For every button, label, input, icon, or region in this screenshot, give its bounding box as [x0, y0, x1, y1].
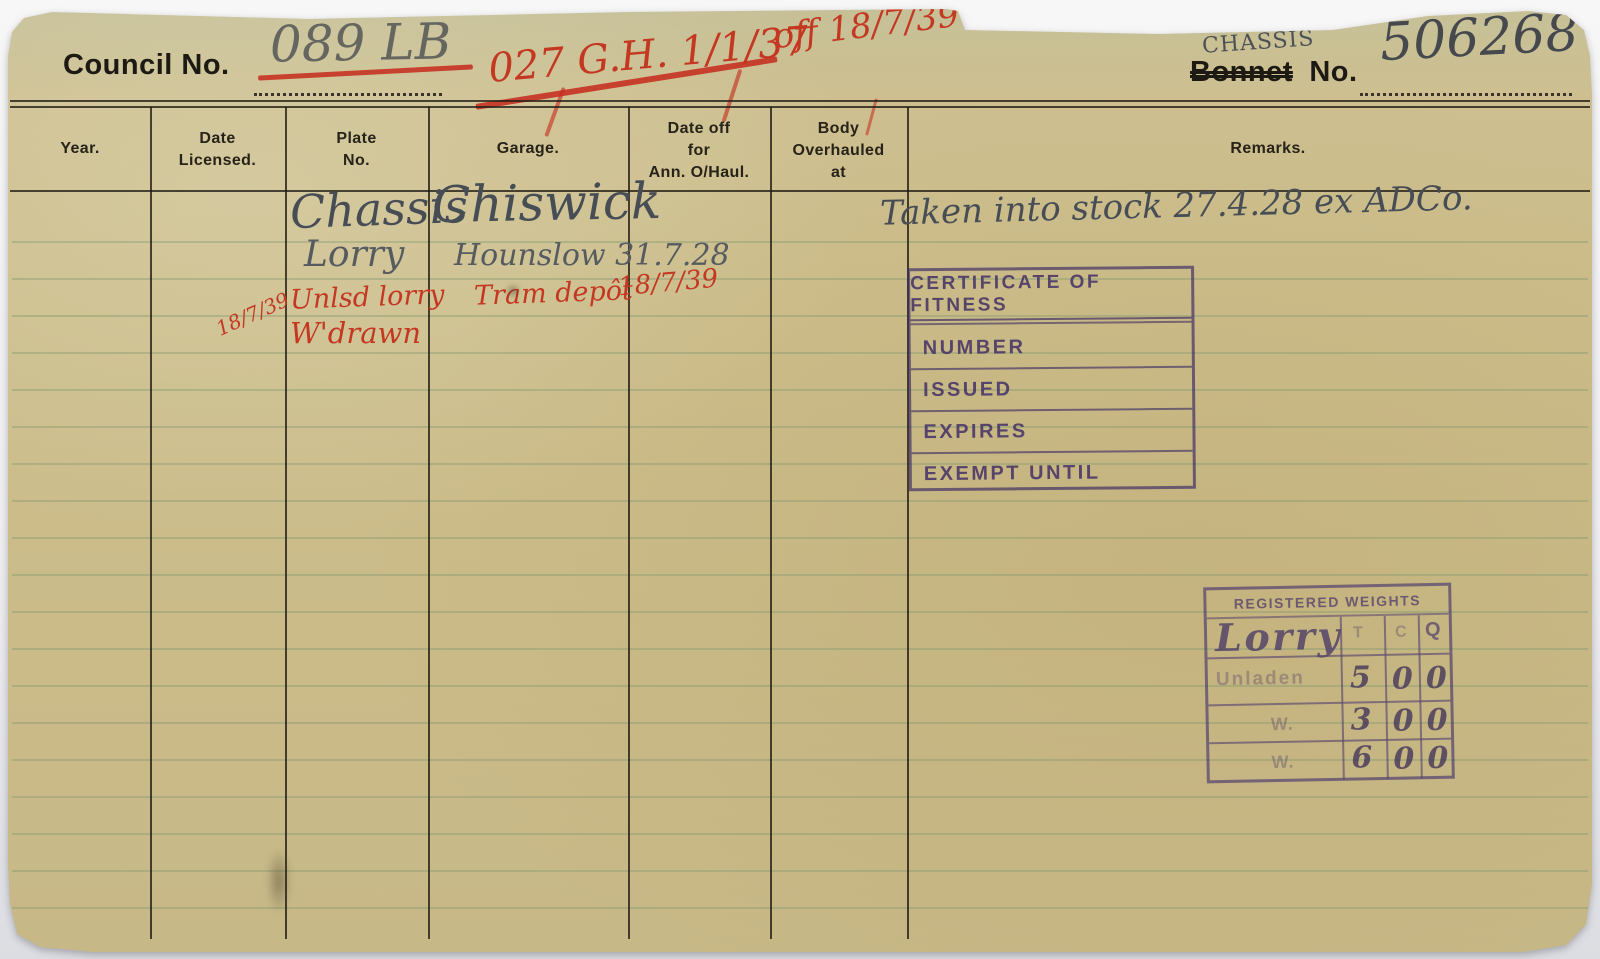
fitness-stamp-row-number: NUMBER [911, 326, 1192, 368]
column-line-4 [628, 107, 630, 939]
weights-value-w2-q: 0 [1427, 741, 1451, 776]
column-header-remarks: Remarks. [1108, 138, 1428, 160]
weights-row-label-unladen: Unladen [1216, 667, 1305, 691]
header-double-line-2 [10, 106, 1590, 108]
registered-weights-stamp: REGISTERED WEIGHTS T C Q Lorry Unladen W… [1203, 583, 1455, 784]
weights-col-header-cwt: C [1395, 623, 1408, 641]
certificate-of-fitness-stamp: CERTIFICATE OF FITNESS NUMBER ISSUED EXP… [907, 266, 1196, 491]
off-date-note: off 18/7/39 [771, 0, 961, 57]
fitness-stamp-row-exempt: EXEMPT UNTIL [912, 450, 1193, 494]
weights-value-unladen-t: 5 [1350, 660, 1374, 695]
weights-value-unladen-q: 0 [1426, 661, 1450, 696]
council-no-dotted-line [254, 92, 442, 96]
scanned-record-card-page: Council No. 089 LB 027 G.H. 1/1/37 off 1… [0, 0, 1600, 959]
weights-col-header-tons: T [1353, 624, 1364, 642]
weights-stamp-grid: T C Q Lorry Unladen W. W. 5 0 0 3 0 0 6 … [1207, 615, 1452, 783]
column-header-body-overhauled: Body Overhauled at [770, 118, 907, 184]
weights-row-label-w2: W. [1271, 752, 1294, 773]
red-pen-tail-2 [722, 69, 743, 123]
council-no-original-handwritten: 089 LB [270, 12, 452, 73]
chassis-number-handwritten: 506268 [1379, 3, 1580, 73]
entry-unlicensed-note: Unlsd lorry [290, 279, 445, 315]
column-header-garage: Garage. [428, 138, 628, 160]
bonnet-no-row: Bonnet No. [1190, 56, 1358, 89]
column-header-year: Year. [10, 138, 150, 160]
bonnet-no-dotted-line [1360, 92, 1572, 96]
fitness-stamp-row-expires: EXPIRES [911, 408, 1192, 452]
column-line-1 [150, 107, 152, 939]
entry-garage-chiswick: Chiswick [432, 172, 662, 234]
weights-value-w1-t: 3 [1350, 702, 1374, 737]
fitness-stamp-title: CERTIFICATE OF FITNESS [910, 269, 1191, 321]
record-card: Council No. 089 LB 027 G.H. 1/1/37 off 1… [8, 6, 1592, 952]
small-speck [508, 286, 518, 296]
column-header-date-licensed: Date Licensed. [150, 128, 285, 172]
council-no-label: Council No. [63, 49, 230, 82]
column-header-plate-no: Plate No. [285, 128, 428, 172]
weights-col-header-qtr: Q [1425, 619, 1442, 642]
column-line-2 [285, 107, 287, 939]
entry-plate-lorry: Lorry [304, 234, 404, 275]
weights-row-label-w1: W. [1271, 714, 1294, 735]
record-card-wrap: Council No. 089 LB 027 G.H. 1/1/37 off 1… [8, 6, 1592, 954]
weights-value-w1-c: 0 [1392, 703, 1416, 738]
no-label: No. [1309, 56, 1357, 88]
weights-grid-vline-2 [1384, 616, 1389, 779]
weights-value-unladen-c: 0 [1392, 661, 1416, 696]
fitness-stamp-row-issued: ISSUED [911, 366, 1192, 410]
header-double-line-1 [10, 100, 1590, 102]
column-line-5 [770, 107, 772, 939]
entry-tram-depot-note: Tram depôt [474, 275, 634, 312]
weights-value-w2-c: 0 [1393, 741, 1417, 776]
entry-withdrawn-note: W'drawn [290, 316, 421, 350]
weights-vehicle-type-handwritten: Lorry [1215, 613, 1343, 660]
weights-value-w1-q: 0 [1426, 703, 1450, 738]
chassis-overwrite-handwritten: CHASSIS [1201, 26, 1315, 59]
bonnet-label-struck: Bonnet [1190, 56, 1293, 88]
ink-smudge [266, 848, 292, 914]
weights-grid-vline-3 [1418, 615, 1423, 778]
weights-value-w2-t: 6 [1351, 740, 1375, 775]
